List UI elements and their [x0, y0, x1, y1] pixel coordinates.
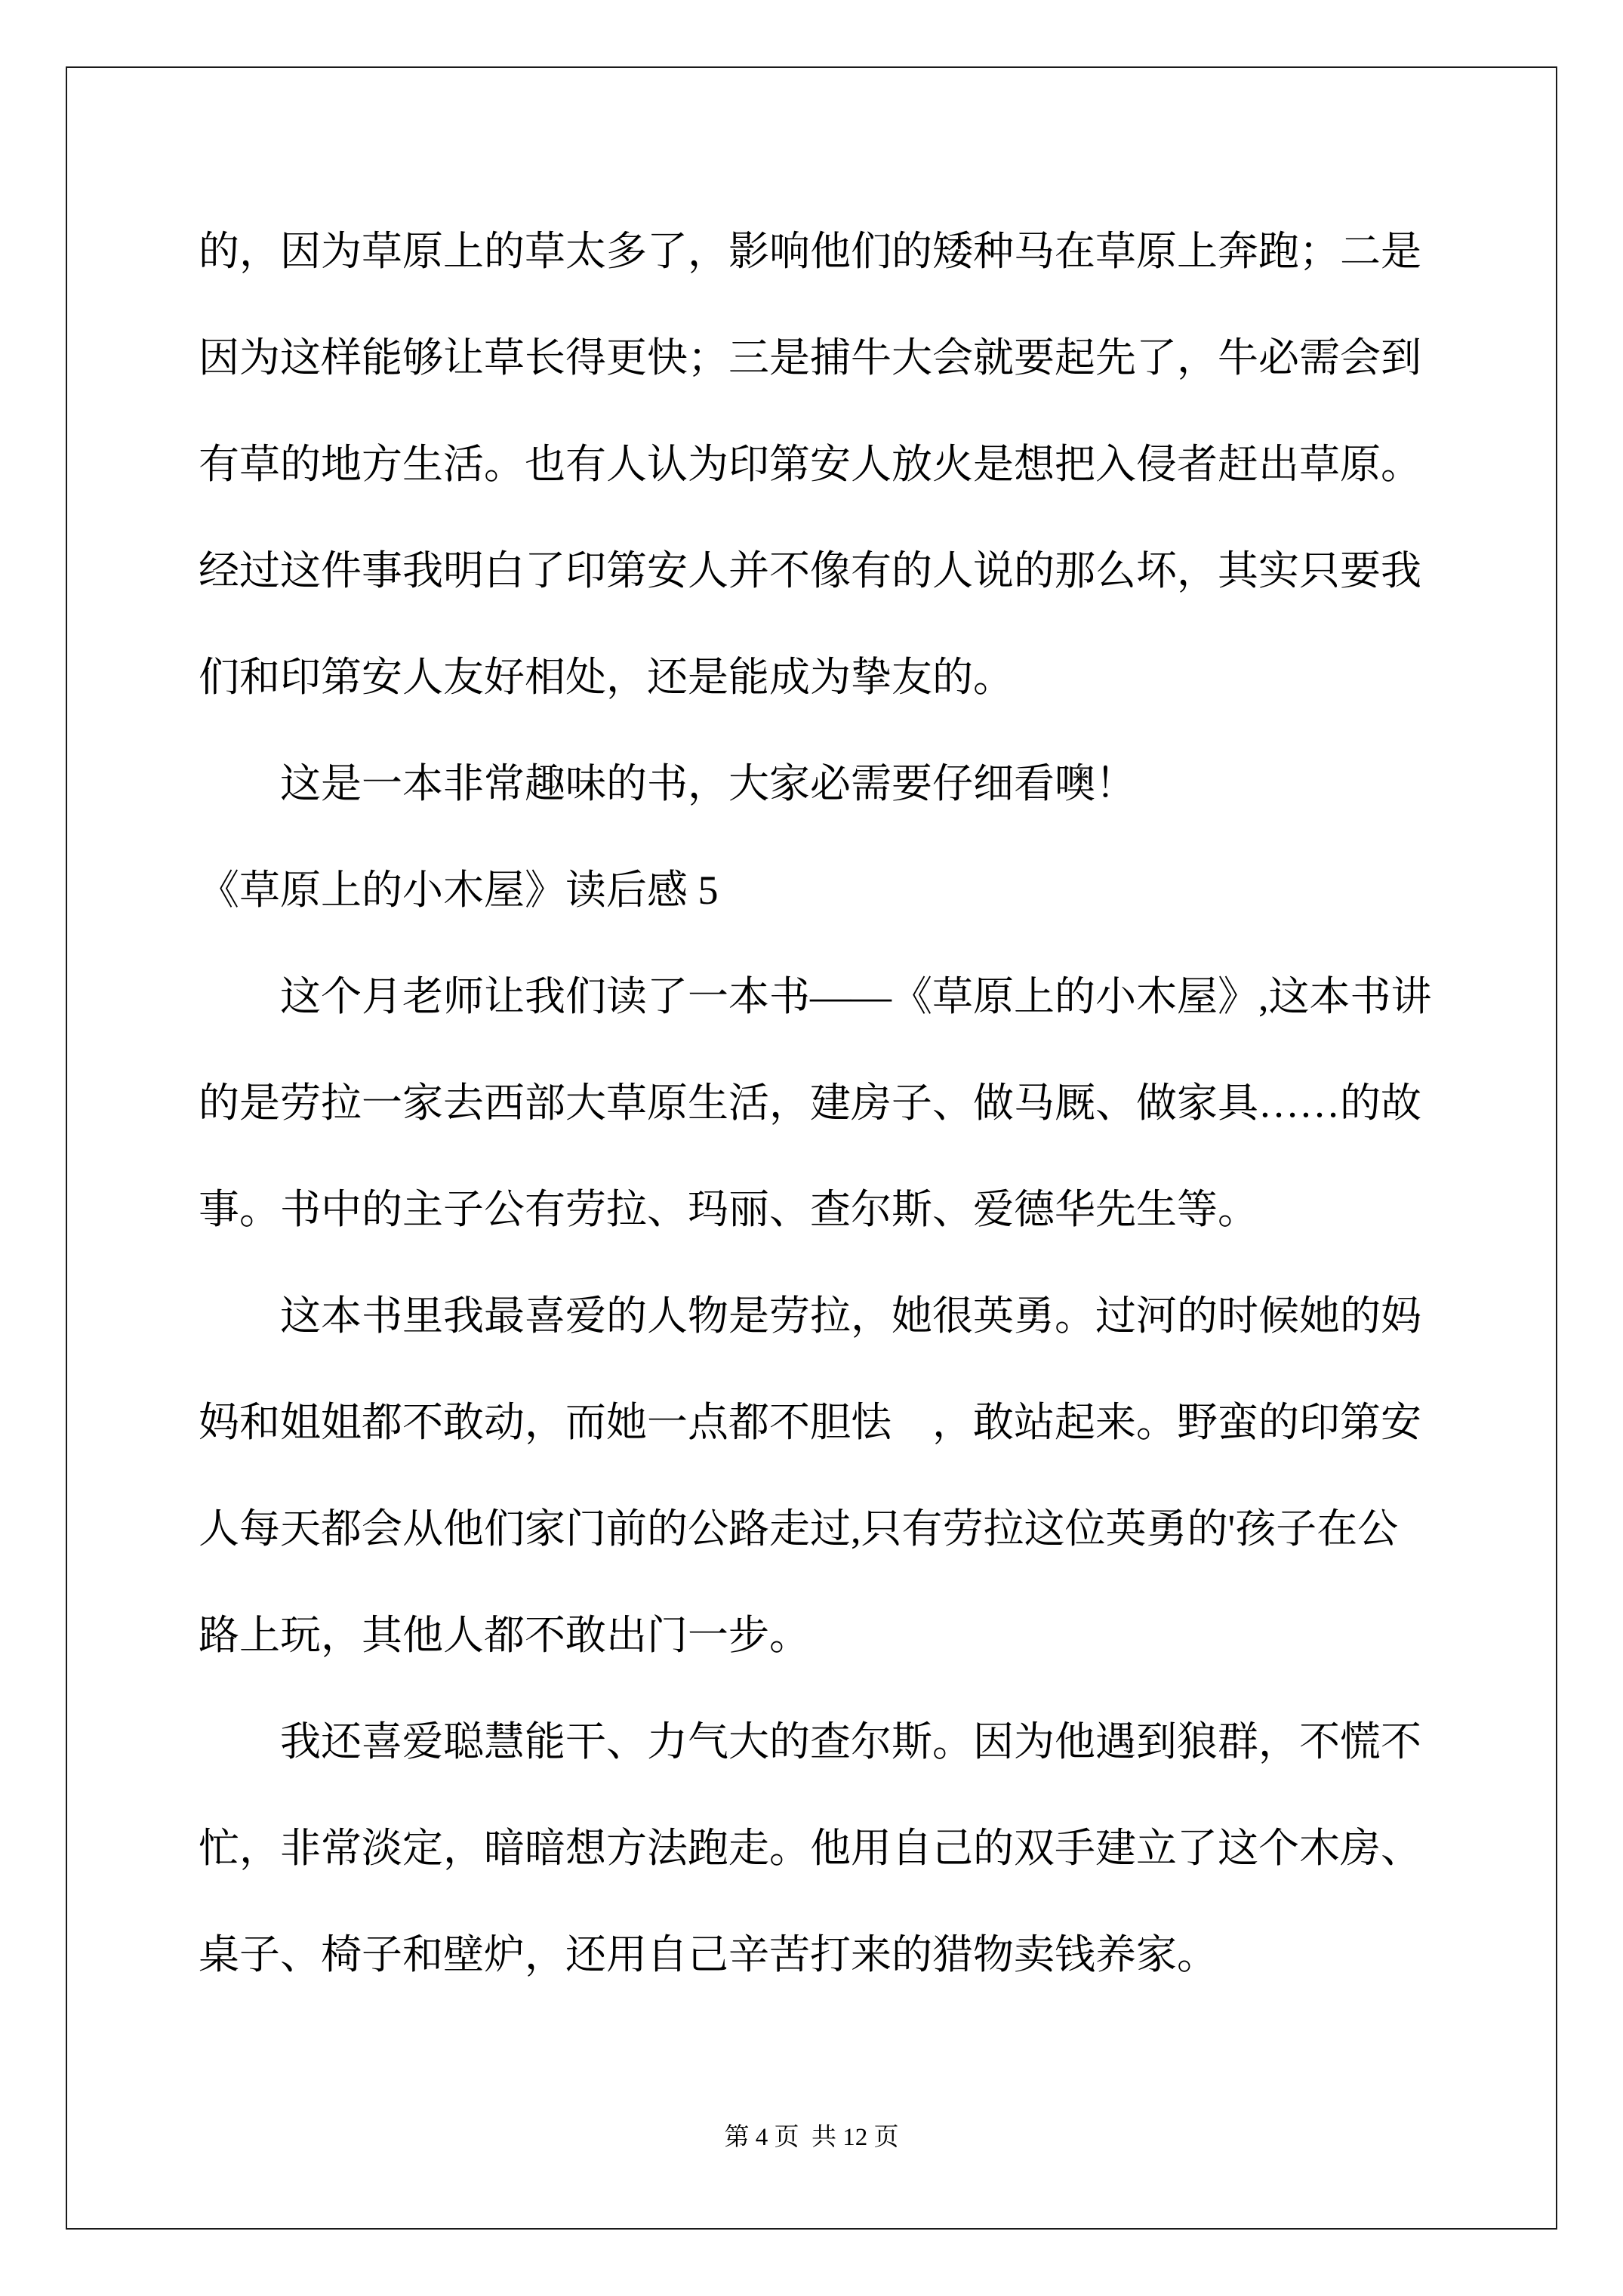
text-line: 们和印第安人友好相处，还是能成为挚友的。: [199, 624, 1421, 731]
text-line: 人每天都会从他们家门前的公路走过,只有劳拉这位英勇的'孩子在公: [199, 1476, 1421, 1583]
text-line: 因为这样能够让草长得更快；三是捕牛大会就要起先了，牛必需会到: [199, 305, 1421, 411]
text-line: 经过这件事我明白了印第安人并不像有的人说的那么坏，其实只要我: [199, 518, 1421, 624]
text-line: 桌子、椅子和壁炉，还用自己辛苦打来的猎物卖钱养家。: [199, 1902, 1421, 2008]
section-heading: 《草原上的小木屋》读后感 5: [199, 837, 1421, 944]
text-line: 事。书中的主子公有劳拉、玛丽、查尔斯、爱德华先生等。: [199, 1157, 1421, 1263]
document-body: 的，因为草原上的草太多了，影响他们的矮种马在草原上奔跑；二是 因为这样能够让草长…: [199, 199, 1421, 2008]
document-page: 的，因为草原上的草太多了，影响他们的矮种马在草原上奔跑；二是 因为这样能够让草长…: [0, 0, 1623, 2296]
text-line: 妈和姐姐都不敢动，而她一点都不胆怯 ，敢站起来。野蛮的印第安: [199, 1370, 1421, 1476]
text-line: 的，因为草原上的草太多了，影响他们的矮种马在草原上奔跑；二是: [199, 199, 1421, 305]
text-line: 忙，非常淡定，暗暗想方法跑走。他用自己的双手建立了这个木房、: [199, 1795, 1421, 1902]
text-line: 有草的地方生活。也有人认为印第安人放火是想把入侵者赶出草原。: [199, 411, 1421, 518]
page-number-footer: 第 4 页 共 12 页: [0, 2119, 1623, 2156]
text-line: 这本书里我最喜爱的人物是劳拉，她很英勇。过河的时候她的妈: [199, 1263, 1421, 1370]
text-line: 的是劳拉一家去西部大草原生活，建房子、做马厩、做家具……的故: [199, 1050, 1421, 1157]
text-line: 这是一本非常趣味的书，大家必需要仔细看噢！: [199, 731, 1421, 837]
text-line: 我还喜爱聪慧能干、力气大的查尔斯。因为他遇到狼群，不慌不: [199, 1689, 1421, 1795]
text-line: 路上玩，其他人都不敢出门一步。: [199, 1583, 1421, 1689]
text-line: 这个月老师让我们读了一本书——《草原上的小木屋》,这本书讲: [199, 944, 1421, 1050]
